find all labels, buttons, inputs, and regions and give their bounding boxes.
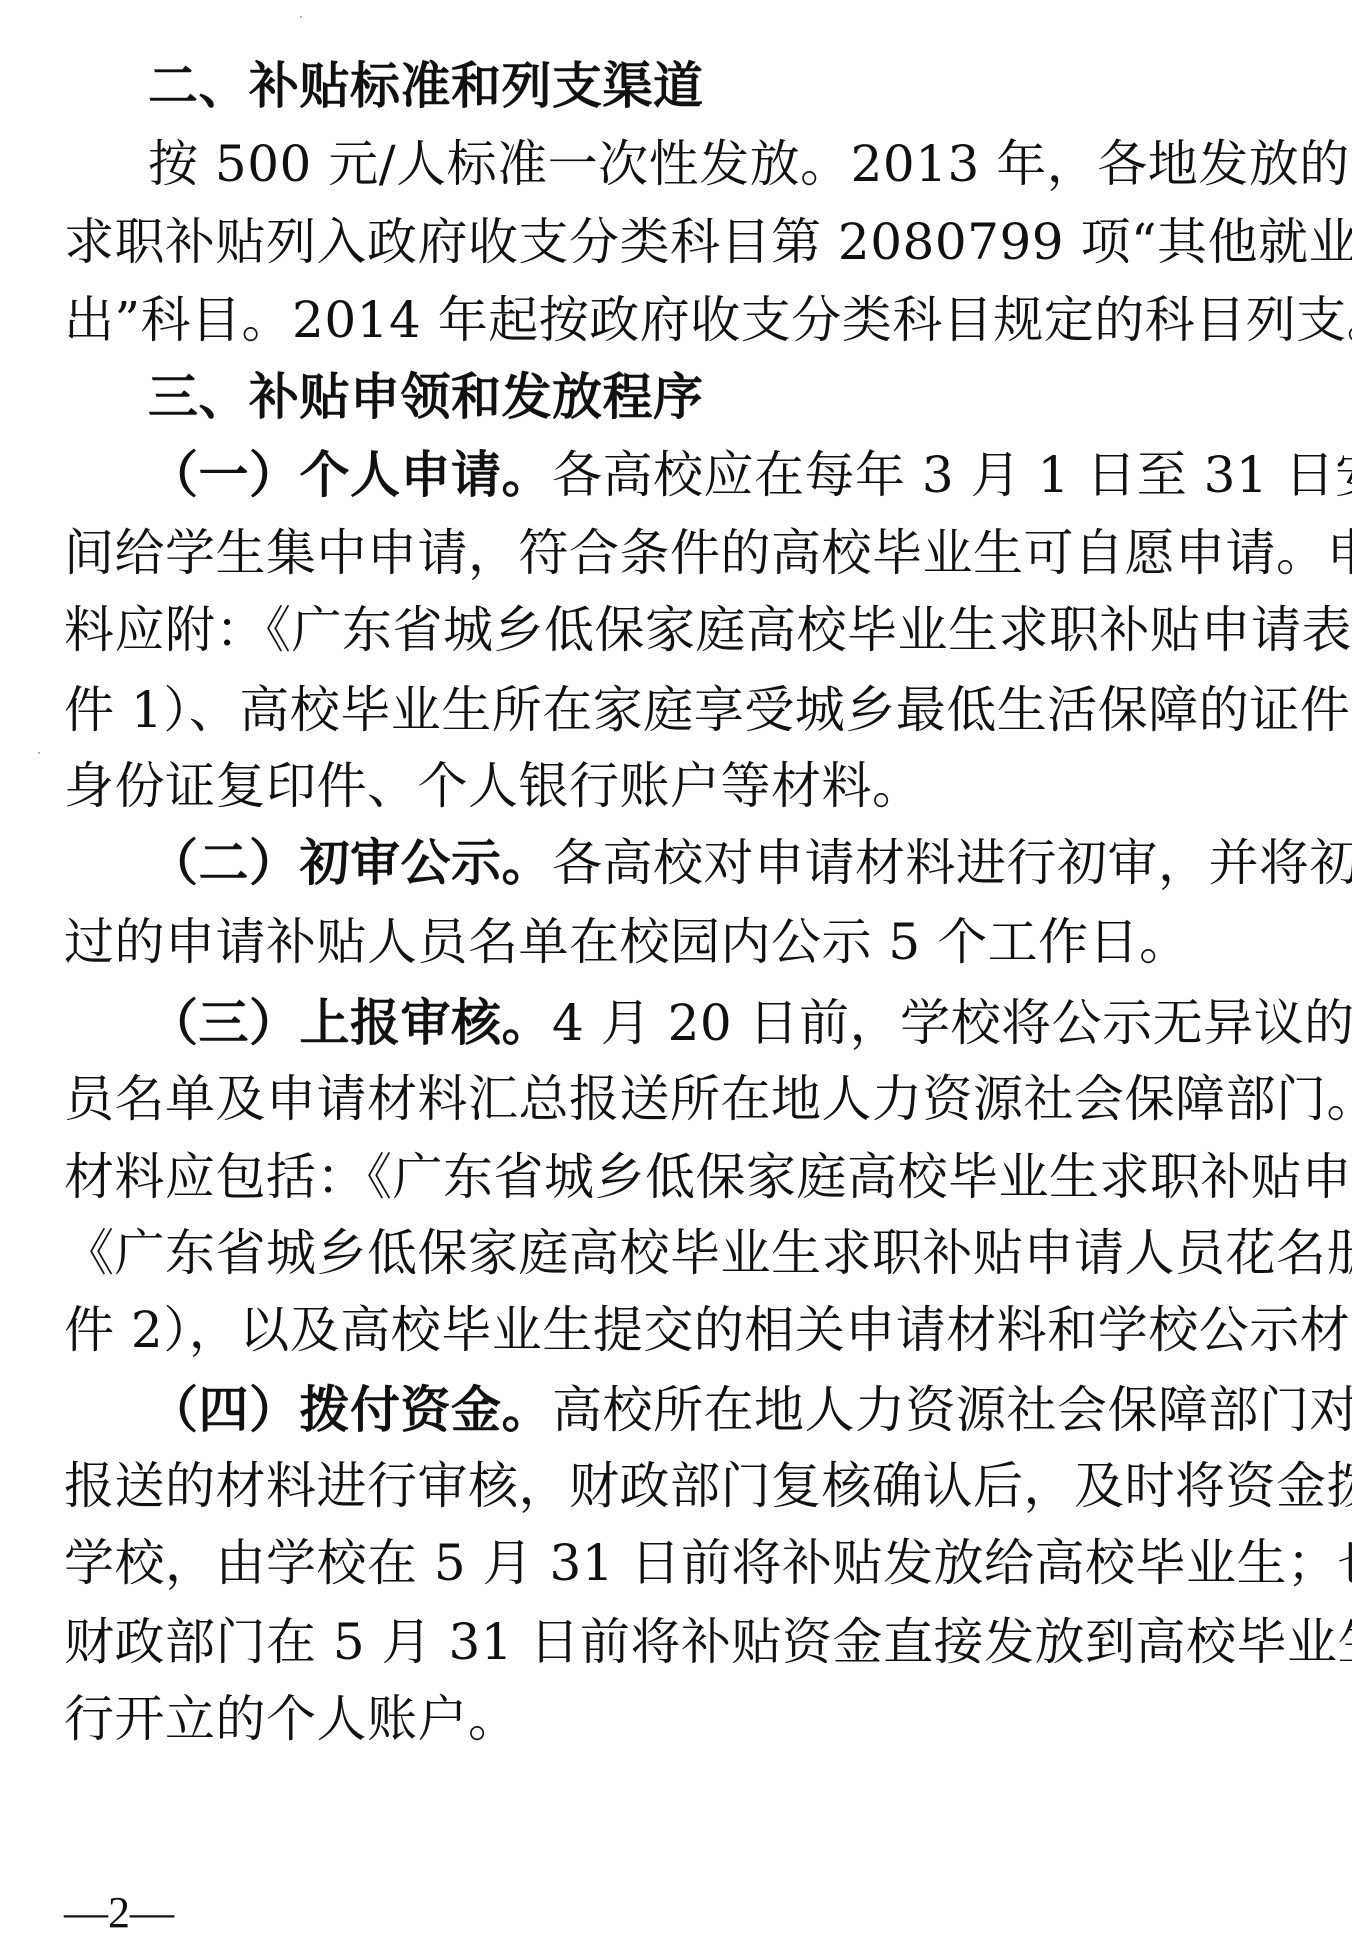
item-1-first-line: （一）个人申请。各高校应在每年 3 月 1 日至 31 日安排时: [148, 445, 1278, 505]
item-4-first-line: （四）拨付资金。高校所在地人力资源社会保障部门对学校: [148, 1380, 1278, 1440]
item-text: 各高校对申请材料进行初审，并将初审通: [552, 834, 1352, 892]
item-lead-personal-application: （一）个人申请。: [148, 446, 552, 504]
paragraph-line: 学校，由学校在 5 月 31 日前将补贴发放给高校毕业生；也可由: [64, 1533, 1278, 1593]
paragraph-line: 件 2），以及高校毕业生提交的相关申请材料和学校公示材料等。: [64, 1300, 1278, 1360]
item-lead-report-review: （三）上报审核。: [148, 994, 552, 1052]
paragraph-line: 报送的材料进行审核，财政部门复核确认后，及时将资金拨付到: [64, 1456, 1278, 1516]
item-3-first-line: （三）上报审核。4 月 20 日前，学校将公示无异议的申请人: [148, 993, 1278, 1053]
section-heading-2: 二、补贴标准和列支渠道: [148, 56, 1278, 116]
paragraph-line: 材料应包括：《广东省城乡低保家庭高校毕业生求职补贴申请表》、: [64, 1147, 1278, 1207]
section-heading-3: 三、补贴申领和发放程序: [148, 367, 1278, 427]
paragraph-line: 员名单及申请材料汇总报送所在地人力资源社会保障部门。报送: [64, 1069, 1278, 1129]
paragraph-line: 《广东省城乡低保家庭高校毕业生求职补贴申请人员花名册》（附: [64, 1223, 1278, 1283]
paragraph-line: 按 500 元/人标准一次性发放。2013 年，各地发放的一次性: [148, 134, 1278, 194]
document-page: 二、补贴标准和列支渠道 按 500 元/人标准一次性发放。2013 年，各地发放…: [0, 0, 1352, 1940]
scan-speck: [1318, 1403, 1320, 1405]
scan-speck: [38, 752, 40, 754]
paragraph-line: 出”科目。2014 年起按政府收支分类科目规定的科目列支。: [64, 290, 1278, 350]
paragraph-line: 间给学生集中申请，符合条件的高校毕业生可自愿申请。申请材: [64, 523, 1278, 583]
paragraph-line: 财政部门在 5 月 31 日前将补贴资金直接发放到高校毕业生在银: [64, 1612, 1278, 1672]
item-text: 各高校应在每年 3 月 1 日至 31 日安排时: [552, 446, 1352, 504]
item-2-first-line: （二）初审公示。各高校对申请材料进行初审，并将初审通: [148, 833, 1278, 893]
item-lead-fund-allocation: （四）拨付资金。: [148, 1381, 552, 1439]
page-number: —2—: [64, 1888, 174, 1938]
scan-speck: [300, 16, 302, 18]
paragraph-line: 行开立的个人账户。: [64, 1689, 1278, 1749]
paragraph-line: 过的申请补贴人员名单在校园内公示 5 个工作日。: [64, 912, 1278, 972]
paragraph-line: 件 1）、高校毕业生所在家庭享受城乡最低生活保障的证件和本人: [64, 680, 1278, 740]
item-text: 4 月 20 日前，学校将公示无异议的申请人: [552, 994, 1352, 1052]
item-text: 高校所在地人力资源社会保障部门对学校: [552, 1381, 1352, 1439]
item-lead-preliminary-review: （二）初审公示。: [148, 834, 552, 892]
paragraph-line: 料应附：《广东省城乡低保家庭高校毕业生求职补贴申请表》（附: [64, 600, 1278, 660]
paragraph-line: 求职补贴列入政府收支分类科目第 2080799 项“其他就业补助支: [64, 212, 1278, 272]
paragraph-line: 身份证复印件、个人银行账户等材料。: [64, 756, 1278, 816]
